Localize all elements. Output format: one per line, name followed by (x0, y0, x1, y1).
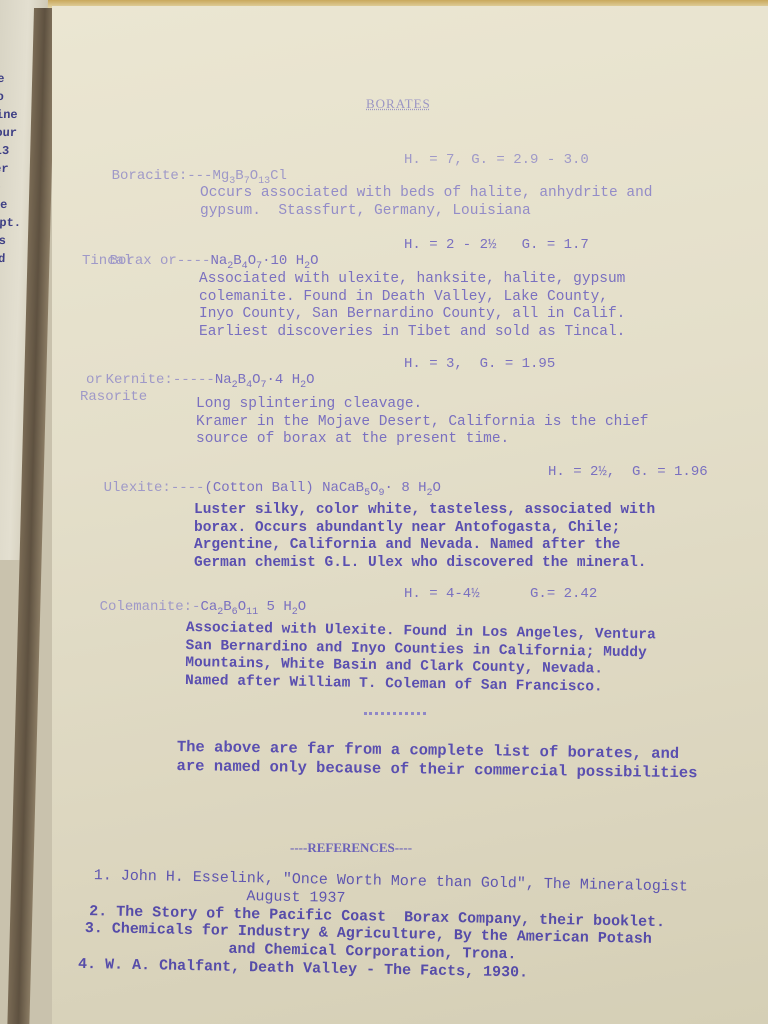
section-divider (364, 712, 426, 719)
references-heading: ----REFERENCES---- (290, 840, 412, 856)
formula-subscript: 6 (232, 607, 238, 618)
underlying-text-fragment: mpt. (0, 214, 23, 232)
mineral-formula: Ca2B6O11 5 H2O (200, 599, 306, 615)
mineral-alt-name: Tincal (82, 253, 132, 269)
underlying-text-fragment: er (0, 160, 24, 178)
mineral-name: Kernite: (106, 372, 173, 388)
formula-subscript: 5 (364, 488, 370, 499)
mineral-description: Associated with Ulexite. Found in Los An… (185, 620, 656, 697)
mineral-alt-name: Rasorite (80, 389, 147, 405)
mineral-name: Boracite: (112, 168, 188, 184)
mineral-formula: Na2B4O7·4 H2O (215, 372, 315, 388)
formula-subscript: 11 (246, 607, 258, 618)
underlying-page-text: eoineour13ererempt.asnd (0, 70, 28, 268)
mineral-properties: H. = 4-4½ G.= 2.42 (404, 586, 597, 602)
leader: --- (187, 168, 212, 184)
formula-subscript: 2 (232, 380, 238, 391)
mineral-properties: H. = 2 - 2½ G. = 1.7 (404, 237, 589, 253)
mineral-formula: Mg3B7O13Cl (212, 168, 286, 184)
formula-subscript: 7 (261, 380, 267, 391)
formula-subscript: 2 (292, 607, 298, 618)
formula-subscript: 2 (217, 607, 223, 618)
underlying-text-fragment: 13 (0, 142, 25, 160)
underlying-text-fragment: as (0, 232, 22, 250)
formula-subscript: 2 (300, 380, 306, 391)
mineral-description: Occurs associated with beds of halite, a… (200, 185, 652, 220)
mineral-properties: H. = 3, G. = 1.95 (404, 356, 555, 372)
underlying-text-fragment: o (0, 88, 27, 106)
underlying-text-fragment: nd (0, 250, 21, 268)
mineral-properties: H. = 7, G. = 2.9 - 3.0 (404, 152, 589, 168)
formula-subscript: 2 (427, 488, 433, 499)
underlying-text-fragment: e (0, 178, 24, 196)
leader: ---- (171, 480, 205, 496)
mineral-description: Luster silky, color white, tasteless, as… (194, 502, 655, 572)
mineral-description: Associated with ulexite, hanksite, halit… (199, 271, 625, 341)
leader: ---- (177, 253, 211, 269)
mineral-formula: NaCaB5O9· 8 H2O (322, 480, 441, 496)
underlying-text-fragment: ine (0, 106, 26, 124)
formula-subscript: 9 (379, 488, 385, 499)
page-title: BORATES (366, 96, 431, 112)
formula-subscript: 4 (246, 380, 252, 391)
mineral-name: Colemanite: (100, 599, 192, 615)
mineral-description: Long splintering cleavage. Kramer in the… (196, 396, 648, 449)
closing-note: The above are far from a complete list o… (176, 738, 697, 783)
leader: ----- (173, 372, 215, 388)
typewritten-page: BORATES Boracite:---Mg3B7O13Cl H. = 7, G… (52, 6, 768, 1024)
mineral-formula: Na2B4O7·10 H2O (210, 253, 318, 269)
underlying-text-fragment: e (0, 70, 28, 88)
mineral-name: Ulexite: (104, 480, 171, 496)
mineral-alt-connector: or (86, 372, 103, 388)
references-list: 1. John H. Esselink, "Once Worth More th… (52, 866, 688, 985)
mineral-properties: H. = 2½, G. = 1.96 (548, 464, 708, 480)
formula-prefix: (Cotton Ball) (204, 480, 322, 496)
underlying-text-fragment: re (0, 196, 23, 214)
underlying-text-fragment: our (0, 124, 26, 142)
